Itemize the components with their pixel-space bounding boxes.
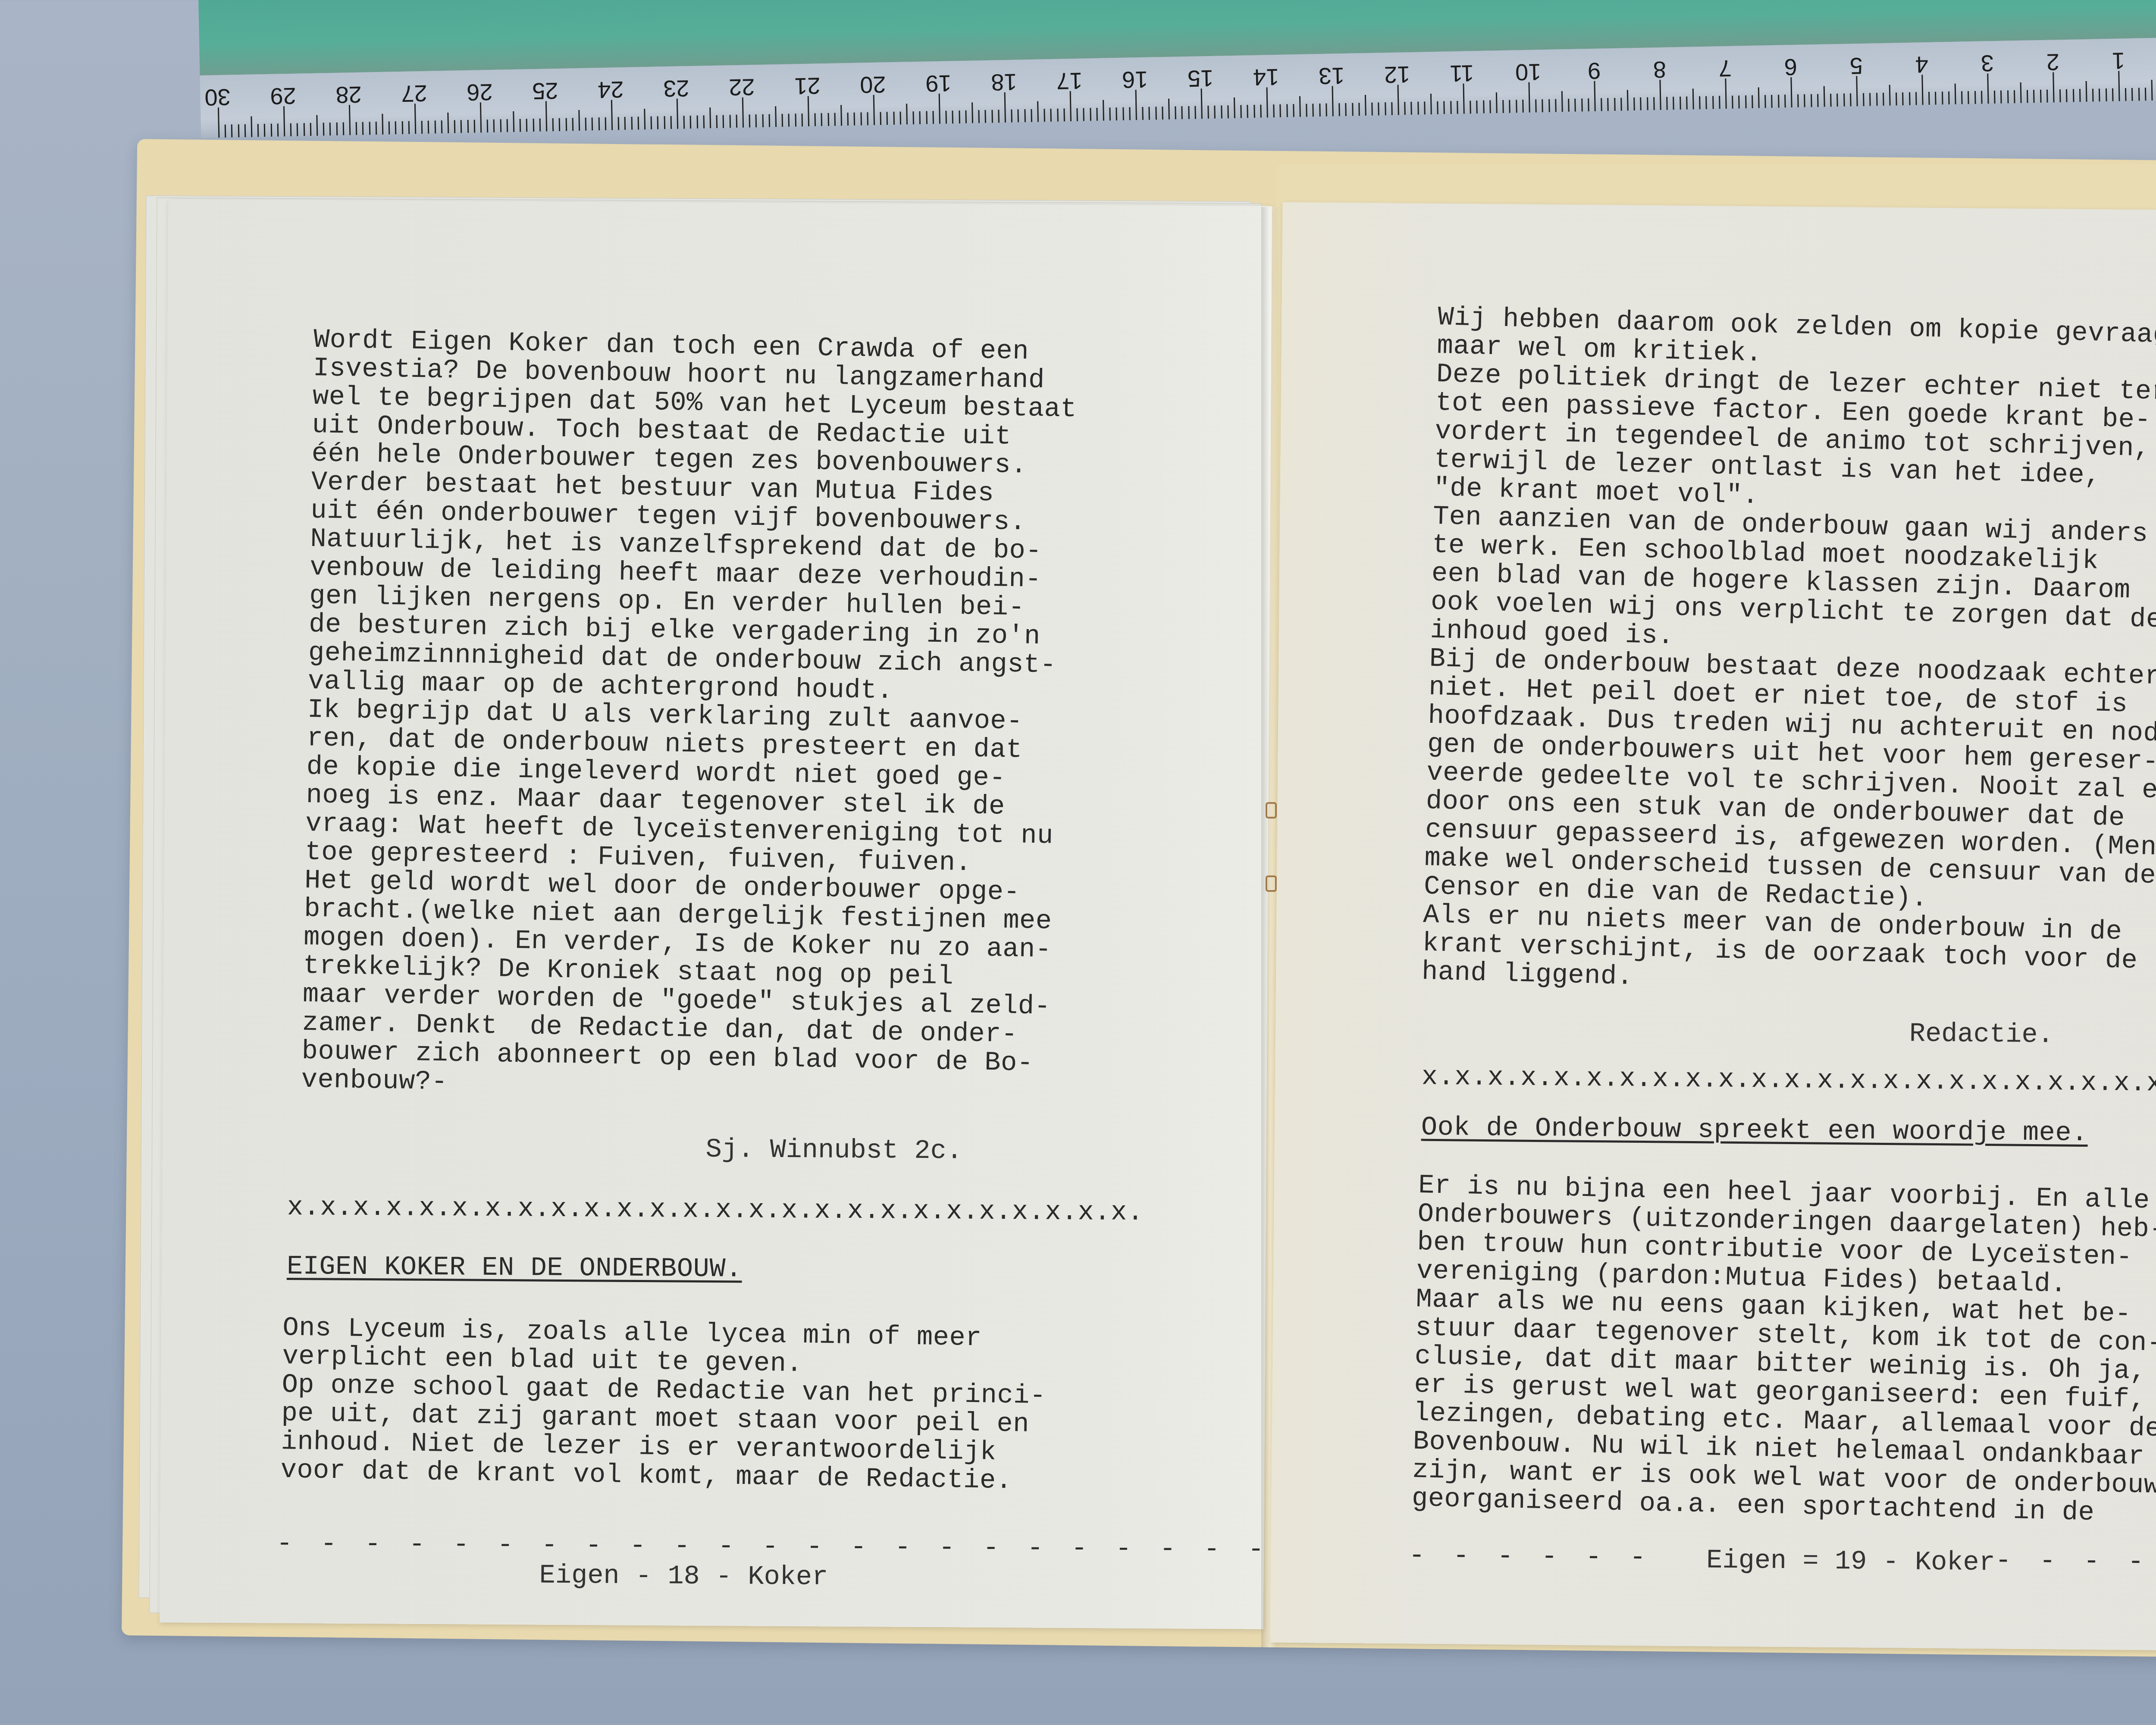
ruler-tick	[1725, 78, 1727, 109]
ruler-tick	[1817, 94, 1819, 107]
ruler-tick	[2027, 90, 2028, 103]
ruler-tick	[1188, 106, 1190, 119]
ruler-tick	[493, 119, 495, 132]
ruler-tick	[991, 110, 993, 123]
left-paragraph-2: Ons Lyceum is, zoals alle lycea min of m…	[280, 1314, 1047, 1496]
ruler-tick	[349, 105, 351, 135]
left-signature: Sj. Winnubst 2c.	[705, 1134, 962, 1167]
ruler-number: 16	[1122, 66, 1148, 93]
ruler-tick	[1338, 103, 1340, 116]
ruler-tick	[2073, 89, 2075, 102]
ruler-tick	[611, 100, 613, 130]
right-paragraph-1: Wij hebben daarom ook zelden om kopie ge…	[1421, 303, 2156, 1005]
ruler-tick	[1306, 104, 1307, 117]
ruler-tick	[1299, 96, 1301, 117]
ruler-tick	[2112, 88, 2114, 101]
left-paragraph-1: Wordt Eigen Koker dan toch een Crawda of…	[301, 326, 1078, 1107]
ruler-tick	[1397, 85, 1399, 115]
ruler-tick	[1824, 86, 1825, 107]
ruler-tick	[1686, 97, 1688, 110]
ruler-tick	[441, 120, 442, 133]
right-signature: Redactie.	[1909, 1018, 2054, 1050]
ruler: DENMARK 30292827262524232221201918171615…	[198, 0, 2156, 138]
ruler-tick	[1850, 93, 1852, 106]
ruler-tick	[1352, 103, 1354, 116]
ruler-tick	[618, 117, 620, 130]
ruler-tick	[651, 116, 652, 129]
ruler-number: 6	[1784, 53, 1797, 81]
ruler-tick	[1227, 105, 1229, 118]
ruler-tick	[1424, 101, 1426, 114]
right-separator: x.x.x.x.x.x.x.x.x.x.x.x.x.x.x.x.x.x.x.x.…	[1422, 1062, 2156, 1100]
ruler-tick	[1417, 102, 1419, 115]
ruler-tick	[1129, 107, 1131, 120]
ruler-tick	[1640, 97, 1642, 110]
ruler-tick	[1208, 106, 1210, 119]
ruler-tick	[342, 122, 344, 135]
ruler-number: 12	[1384, 61, 1410, 88]
ruler-tick	[1902, 92, 1904, 105]
ruler-tick	[1614, 98, 1616, 111]
ruler-tick	[1659, 80, 1661, 110]
ruler-tick	[1162, 107, 1163, 119]
ruler-tick	[1935, 92, 1937, 105]
ruler-tick	[847, 113, 849, 125]
ruler-tick	[2014, 90, 2015, 103]
ruler-tick	[1555, 99, 1557, 112]
left-page: Wordt Eigen Koker dan toch een Crawda of…	[160, 199, 1272, 1629]
ruler-tick	[310, 123, 312, 136]
ruler-tick	[690, 116, 692, 129]
ruler-tick	[401, 121, 403, 134]
ruler-tick	[2000, 91, 2002, 103]
ruler-tick	[1771, 95, 1773, 108]
ruler-number: 18	[991, 69, 1017, 96]
ruler-tick	[1135, 90, 1137, 120]
ruler-tick	[1548, 99, 1550, 112]
ruler-tick	[1168, 99, 1170, 119]
ruler-tick	[631, 117, 633, 130]
ruler-tick	[1044, 109, 1046, 122]
ruler-tick	[2106, 88, 2107, 101]
ruler-tick	[1502, 100, 1504, 113]
ruler-tick	[552, 118, 554, 131]
ruler-tick	[1358, 103, 1360, 116]
ruler-tick	[1581, 98, 1583, 111]
ruler-tick	[2066, 89, 2068, 102]
ruler-tick	[218, 107, 219, 138]
ruler-tick	[683, 116, 685, 129]
ruler-tick	[598, 117, 600, 130]
ruler-tick	[539, 119, 541, 132]
ruler-tick	[762, 114, 764, 127]
ruler-tick	[1811, 94, 1812, 107]
ruler-tick	[2092, 89, 2094, 102]
ruler-number: 30	[204, 84, 231, 111]
ruler-tick	[520, 119, 521, 132]
ruler-tick	[932, 111, 934, 124]
ruler-tick	[1411, 102, 1413, 115]
ruler-tick	[362, 122, 364, 135]
ruler-tick	[1764, 95, 1766, 108]
ruler-tick	[1561, 91, 1563, 112]
ruler-tick	[1522, 100, 1524, 113]
ruler-tick	[1221, 105, 1222, 118]
ruler-tick	[1633, 97, 1635, 110]
ruler-tick	[1745, 95, 1747, 108]
ruler-tick	[2145, 88, 2147, 100]
ruler-tick	[454, 120, 456, 133]
ruler-number: 4	[1915, 51, 1928, 78]
ruler-tick	[1109, 107, 1111, 120]
ruler-number: 13	[1318, 62, 1344, 89]
ruler-tick	[899, 112, 901, 125]
right-folio: Eigen = 19 - Koker	[1706, 1545, 1995, 1578]
ruler-tick	[801, 113, 803, 126]
ruler-tick	[428, 121, 429, 134]
ruler-tick	[670, 116, 672, 129]
ruler-tick	[880, 112, 882, 125]
ruler-tick	[1909, 92, 1911, 105]
ruler-tick	[251, 116, 252, 137]
ruler-tick	[1961, 91, 1963, 104]
ruler-tick	[1896, 92, 1897, 105]
ruler-tick	[2125, 88, 2127, 101]
ruler-tick	[952, 110, 954, 123]
ruler-tick	[1378, 102, 1380, 115]
ruler-tick	[2040, 90, 2042, 103]
ruler-tick	[1004, 92, 1006, 122]
ruler-tick	[1588, 98, 1589, 111]
ruler-tick	[2138, 88, 2140, 101]
ruler-tick	[1253, 105, 1255, 118]
ruler-tick	[703, 116, 705, 129]
ruler-tick	[1680, 97, 1681, 110]
ruler-tick	[1450, 101, 1452, 114]
ruler-tick	[637, 116, 639, 129]
ruler-tick	[1915, 92, 1917, 105]
ruler-tick	[1699, 96, 1701, 109]
ruler-tick	[578, 110, 580, 131]
ruler-tick	[1404, 102, 1406, 115]
ruler-number: 8	[1653, 56, 1666, 83]
ruler-tick	[1752, 95, 1753, 108]
ruler-tick	[840, 105, 842, 125]
ruler-tick	[2151, 80, 2153, 100]
ruler-tick	[2020, 82, 2022, 103]
ruler-tick	[1371, 103, 1373, 116]
ruler-number: 9	[1587, 57, 1601, 85]
ruler-tick	[854, 113, 856, 125]
ruler-tick	[926, 111, 928, 124]
ruler-tick	[788, 114, 790, 127]
ruler-tick	[1194, 106, 1196, 119]
ruler-tick	[1575, 99, 1576, 112]
ruler-number: 21	[794, 72, 821, 99]
ruler-tick	[1122, 107, 1124, 120]
ruler-tick	[1037, 101, 1039, 122]
ruler-tick	[297, 123, 298, 136]
ruler-tick	[624, 117, 626, 130]
staple-bottom	[1266, 875, 1277, 892]
ruler-tick	[834, 113, 836, 126]
ruler-tick	[1790, 77, 1792, 107]
ruler-tick	[1974, 91, 1976, 104]
ruler-tick	[1608, 98, 1609, 111]
ruler-number: 28	[335, 81, 362, 108]
ruler-tick	[1050, 109, 1052, 122]
ruler-tick	[1797, 94, 1799, 107]
ruler-number: 11	[1449, 60, 1474, 87]
ruler-tick	[264, 124, 266, 137]
ruler-tick	[467, 120, 469, 133]
ruler-tick	[605, 117, 606, 130]
right-footer-rule-right: - - - - - - - - -	[1995, 1545, 2156, 1579]
ruler-tick	[1057, 109, 1059, 122]
ruler-number: 24	[598, 76, 624, 103]
ruler-tick	[1024, 109, 1026, 122]
ruler-tick	[395, 121, 397, 134]
ruler-tick	[965, 110, 967, 123]
ruler-tick	[1175, 107, 1177, 119]
ruler-tick	[500, 119, 501, 132]
ruler-tick	[414, 103, 416, 134]
ruler-tick	[2046, 90, 2048, 103]
ruler-tick	[1483, 100, 1485, 113]
ruler-tick	[389, 122, 390, 135]
ruler-tick	[1181, 106, 1183, 119]
ruler-tick	[1063, 108, 1065, 121]
ruler-tick	[434, 120, 436, 133]
ruler-tick	[461, 120, 462, 133]
ruler-tick	[709, 107, 711, 128]
ruler-tick	[1011, 110, 1013, 122]
ruler-tick	[1601, 98, 1602, 111]
ruler-tick	[867, 112, 868, 125]
ruler-tick	[1666, 97, 1668, 110]
ruler-tick	[1863, 93, 1865, 106]
ruler-tick	[2099, 88, 2100, 101]
ruler-tick	[1738, 95, 1740, 108]
ruler-tick	[1266, 87, 1268, 117]
ruler-number: 7	[1718, 55, 1732, 82]
ruler-tick	[1142, 107, 1144, 120]
ruler-tick	[1293, 104, 1294, 117]
ruler-number: 2	[2046, 48, 2059, 75]
left-separator: x.x.x.x.x.x.x.x.x.x.x.x.x.x.x.x.x.x.x.x.…	[287, 1192, 1144, 1228]
ruler-tick	[1653, 97, 1655, 110]
ruler-tick	[1987, 73, 1989, 103]
ruler-tick	[959, 110, 960, 123]
ruler-tick	[336, 122, 338, 135]
ruler-tick	[795, 113, 796, 126]
ruler-tick	[893, 112, 895, 125]
ruler-number: 15	[1188, 65, 1214, 92]
ruler-tick	[329, 122, 331, 135]
ruler-tick	[238, 124, 239, 137]
ruler-tick	[1942, 91, 1943, 104]
ruler-tick	[1719, 96, 1720, 109]
ruler-tick	[585, 118, 587, 131]
ruler-tick	[1083, 108, 1085, 121]
ruler-tick	[2059, 89, 2061, 102]
ruler-tick	[1280, 104, 1282, 117]
ruler-tick	[1391, 102, 1393, 115]
ruler-tick	[1928, 92, 1930, 105]
ruler-tick	[978, 110, 980, 123]
ruler-tick	[421, 121, 423, 134]
ruler-tick	[768, 114, 770, 127]
ruler-tick	[1470, 100, 1471, 113]
ruler-tick	[1385, 102, 1386, 115]
ruler-number: 25	[532, 77, 558, 104]
ruler-tick	[1103, 100, 1104, 121]
ruler-tick	[1116, 107, 1118, 120]
ruler-tick	[657, 116, 659, 129]
ruler-tick	[644, 109, 646, 129]
ruler-number: 27	[401, 80, 427, 107]
ruler-tick	[1286, 104, 1288, 117]
ruler-tick	[572, 118, 573, 131]
left-footer-rule: - - - - - - - - - - - - - - - - - - - - …	[276, 1528, 1314, 1565]
ruler-tick	[860, 113, 862, 125]
left-folio: Eigen - 18 - Koker	[539, 1560, 828, 1593]
ruler-tick	[677, 99, 678, 129]
ruler-tick	[1247, 105, 1249, 118]
ruler-tick	[736, 115, 737, 128]
ruler-tick	[1620, 98, 1622, 111]
ruler-tick	[1234, 97, 1235, 118]
ruler-tick	[480, 102, 482, 132]
ruler-tick	[2131, 88, 2133, 101]
ruler-tick	[775, 106, 777, 127]
ruler-tick	[873, 95, 875, 125]
ruler-tick	[1149, 107, 1150, 120]
ruler-tick	[2079, 89, 2081, 102]
ruler-tick	[1509, 100, 1511, 113]
right-footer-rule-left: - - - - - -	[1409, 1540, 1652, 1573]
ruler-tick	[1313, 103, 1314, 116]
ruler-tick	[664, 116, 665, 129]
ruler-tick	[971, 103, 973, 123]
ruler-tick	[1463, 84, 1464, 114]
ruler-tick	[998, 110, 1000, 122]
ruler-tick	[1758, 88, 1760, 108]
ruler-tick	[290, 123, 292, 136]
ruler-number: 5	[1849, 52, 1863, 79]
ruler-tick	[1568, 99, 1570, 112]
ruler-tick	[1273, 104, 1275, 117]
ruler-tick	[369, 122, 370, 135]
right-paragraph-2: Er is nu bijna een heel jaar voorbij. En…	[1411, 1171, 2156, 1528]
ruler-tick	[1489, 100, 1491, 113]
ruler-tick	[1516, 100, 1517, 113]
ruler-tick	[225, 125, 226, 138]
ruler-tick	[1437, 101, 1438, 114]
ruler-tick	[1155, 107, 1157, 119]
ruler-tick	[808, 96, 809, 126]
ruler-tick	[513, 111, 514, 132]
ruler-tick	[592, 117, 593, 130]
ruler-tick	[1476, 100, 1478, 113]
ruler-number: 10	[1515, 58, 1541, 85]
ruler-tick	[1319, 103, 1321, 116]
ruler-tick	[533, 119, 534, 132]
ruler-tick	[231, 125, 233, 138]
ruler-tick	[1201, 88, 1203, 119]
ruler-tick	[1031, 109, 1032, 122]
ruler-tick	[2118, 71, 2120, 101]
right-page: Wij hebben daarom ook zelden om kopie ge…	[1270, 202, 2156, 1653]
ruler-number: 17	[1056, 67, 1083, 94]
ruler-tick	[2007, 90, 2009, 103]
ruler-tick	[565, 118, 567, 131]
ruler-number: 3	[1981, 50, 1994, 77]
ruler-tick	[1326, 103, 1327, 116]
ruler-number: 26	[467, 78, 493, 106]
ruler-number: 20	[860, 71, 886, 98]
ruler-tick	[1784, 94, 1786, 107]
ruler-tick	[1843, 94, 1845, 107]
ruler-tick	[283, 106, 285, 136]
ruler-tick	[939, 94, 940, 124]
ruler-tick	[447, 113, 449, 133]
ruler-tick	[749, 114, 751, 127]
ruler-tick	[303, 123, 305, 136]
ruler-tick	[1804, 94, 1805, 107]
ruler-tick	[1627, 90, 1629, 110]
ruler-tick	[1830, 94, 1832, 107]
ruler-tick	[1096, 108, 1098, 121]
ruler-tick	[1542, 99, 1544, 112]
ruler-tick	[1430, 94, 1432, 114]
ruler-tick	[559, 118, 561, 131]
ruler-tick	[1706, 96, 1708, 109]
ruler-number: 19	[925, 70, 952, 97]
ruler-tick	[1732, 96, 1733, 109]
ruler-tick	[1955, 84, 1956, 104]
ruler-tick	[1594, 81, 1595, 111]
ruler-tick	[244, 124, 246, 137]
ruler-tick	[323, 122, 325, 135]
ruler-tick	[815, 113, 816, 126]
ruler-tick	[1496, 92, 1498, 113]
ruler-tick	[1968, 91, 1969, 104]
ruler-number: 14	[1253, 63, 1279, 91]
ruler-tick	[316, 115, 318, 136]
ruler-tick	[821, 113, 823, 126]
ruler-tick	[1090, 108, 1091, 121]
ruler-tick	[1365, 95, 1366, 116]
ruler-tick	[696, 116, 698, 129]
ruler-tick	[487, 119, 489, 132]
ruler-tick	[2086, 81, 2087, 102]
ruler-tick	[270, 124, 272, 137]
ruler-tick	[1444, 101, 1445, 114]
ruler-number: 29	[270, 82, 296, 110]
ruler-tick	[1712, 96, 1714, 109]
ruler-tick	[506, 119, 508, 132]
ruler-tick	[382, 114, 383, 135]
ruler-tick	[782, 114, 783, 127]
ruler-tick	[2033, 90, 2035, 103]
ruler-tick	[919, 111, 921, 124]
ruler-tick	[1535, 99, 1537, 112]
ruler-tick	[1836, 94, 1838, 107]
ruler-tick	[1692, 88, 1694, 109]
right-section-heading: Ook de Onderbouw spreekt een woordje mee…	[1421, 1113, 2088, 1148]
ruler-number: 23	[663, 75, 689, 102]
